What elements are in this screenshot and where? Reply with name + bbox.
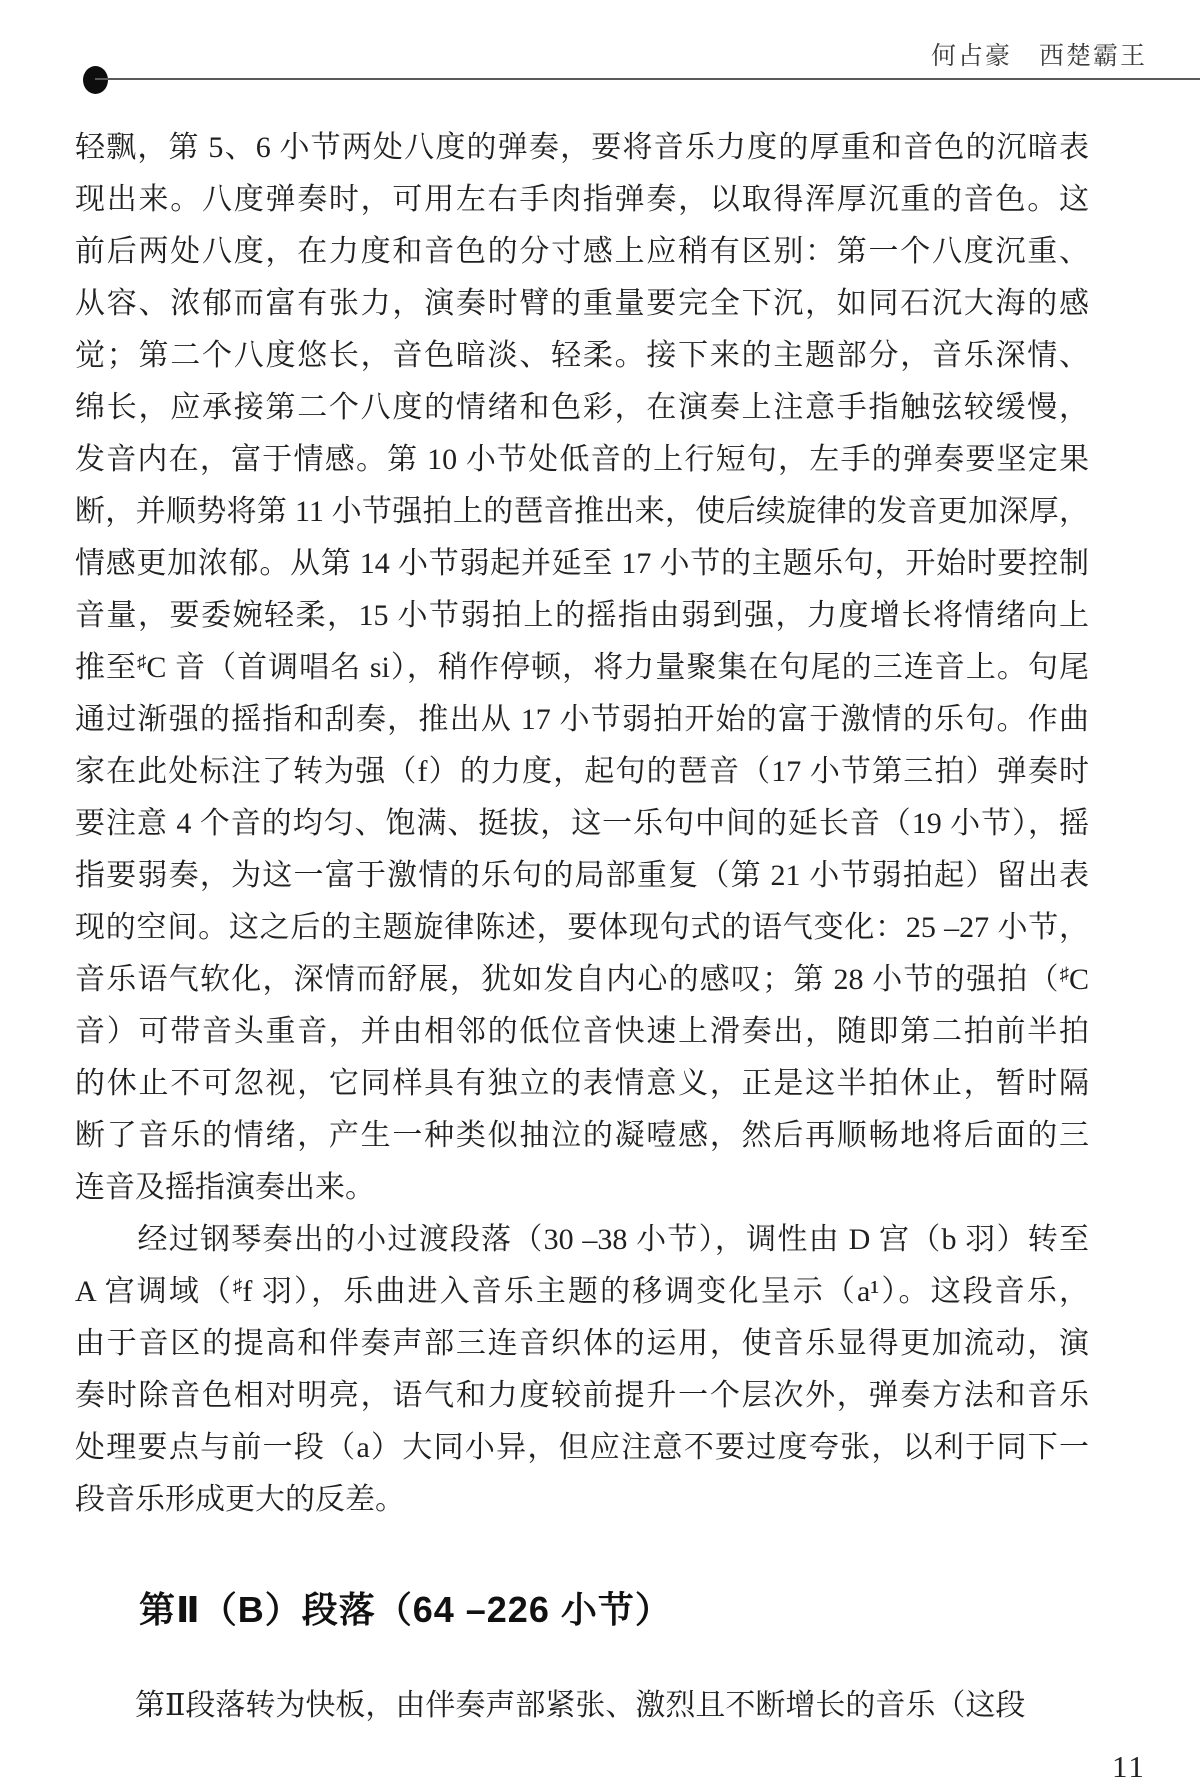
text-line: 现出来。八度弹奏时，可用左右手肉指弹奏，以取得浑厚沉重的音色。这 [75, 174, 1089, 226]
paragraph-3: 第Ⅱ段落转为快板，由伴奏声部紧张、激烈且不断增长的音乐（这段 [75, 1680, 1089, 1732]
text-line: 经过钢琴奏出的小过渡段落（30 –38 小节），调性由 D 宫（b 羽）转至 [75, 1214, 1089, 1266]
paragraph-2: 经过钢琴奏出的小过渡段落（30 –38 小节），调性由 D 宫（b 羽）转至A … [75, 1214, 1089, 1526]
text-line: 音）可带音头重音，并由相邻的低位音快速上滑奏出，随即第二拍前半拍 [75, 1006, 1089, 1058]
book-page: 何占豪 西楚霸王 轻飘，第 5、6 小节两处八度的弹奏，要将音乐力度的厚重和音色… [0, 0, 1200, 1785]
text-line: 发音内在，富于情感。第 10 小节处低音的上行短句，左手的弹奏要坚定果 [75, 434, 1089, 486]
text-line: 音乐语气软化，深情而舒展，犹如发自内心的感叹；第 28 小节的强拍（♯C [75, 954, 1089, 1006]
section-dot-icon [83, 66, 108, 94]
text-line: 绵长，应承接第二个八度的情绪和色彩，在演奏上注意手指触弦较缓慢， [75, 382, 1089, 434]
text-line: 推至♯C 音（首调唱名 si），稍作停顿，将力量聚集在句尾的三连音上。句尾 [75, 642, 1089, 694]
text-line: 第Ⅱ段落转为快板，由伴奏声部紧张、激烈且不断增长的音乐（这段 [75, 1680, 1089, 1732]
text-line: 由于音区的提高和伴奏声部三连音织体的运用，使音乐显得更加流动，演 [75, 1318, 1089, 1370]
running-title: 何占豪 西楚霸王 [931, 36, 1147, 72]
body-text: 轻飘，第 5、6 小节两处八度的弹奏，要将音乐力度的厚重和音色的沉暗表现出来。八… [75, 122, 1089, 1732]
text-line: 断，并顺势将第 11 小节强拍上的琶音推出来，使后续旋律的发音更加深厚， [75, 486, 1089, 538]
text-line: 指要弱奏，为这一富于激情的乐句的局部重复（第 21 小节弱拍起）留出表 [75, 850, 1089, 902]
text-line: 处理要点与前一段（a）大同小异，但应注意不要过度夸张，以利于同下一 [75, 1422, 1089, 1474]
text-line: 情感更加浓郁。从第 14 小节弱起并延至 17 小节的主题乐句，开始时要控制 [75, 538, 1089, 590]
text-line: 段音乐形成更大的反差。 [75, 1474, 1089, 1526]
text-line: 断了音乐的情绪，产生一种类似抽泣的凝噎感，然后再顺畅地将后面的三 [75, 1110, 1089, 1162]
text-line: 音量，要委婉轻柔，15 小节弱拍上的摇指由弱到强，力度增长将情绪向上 [75, 590, 1089, 642]
text-line: A 宫调域（♯f 羽），乐曲进入音乐主题的移调变化呈示（a¹）。这段音乐， [75, 1266, 1089, 1318]
text-line: 觉；第二个八度悠长，音色暗淡、轻柔。接下来的主题部分，音乐深情、 [75, 330, 1089, 382]
page-number: 11 [1112, 1749, 1146, 1785]
text-line: 现的空间。这之后的主题旋律陈述，要体现句式的语气变化：25 –27 小节， [75, 902, 1089, 954]
text-line: 前后两处八度，在力度和音色的分寸感上应稍有区别：第一个八度沉重、 [75, 226, 1089, 278]
paragraph-1: 轻飘，第 5、6 小节两处八度的弹奏，要将音乐力度的厚重和音色的沉暗表现出来。八… [75, 122, 1089, 1214]
header-rule [95, 78, 1200, 80]
text-line: 通过渐强的摇指和刮奏，推出从 17 小节弱拍开始的富于激情的乐句。作曲 [75, 694, 1089, 746]
text-line: 奏时除音色相对明亮，语气和力度较前提升一个层次外，弹奏方法和音乐 [75, 1370, 1089, 1422]
text-line: 从容、浓郁而富有张力，演奏时臂的重量要完全下沉，如同石沉大海的感 [75, 278, 1089, 330]
text-line: 的休止不可忽视，它同样具有独立的表情意义，正是这半拍休止，暂时隔 [75, 1058, 1089, 1110]
text-line: 要注意 4 个音的均匀、饱满、挺拔，这一乐句中间的延长音（19 小节），摇 [75, 798, 1089, 850]
text-line: 家在此处标注了转为强（f）的力度，起句的琶音（17 小节第三拍）弹奏时 [75, 746, 1089, 798]
section-heading: 第Ⅱ（B）段落（64 –226 小节） [75, 1584, 1089, 1636]
text-line: 轻飘，第 5、6 小节两处八度的弹奏，要将音乐力度的厚重和音色的沉暗表 [75, 122, 1089, 174]
text-line: 连音及摇指演奏出来。 [75, 1162, 1089, 1214]
